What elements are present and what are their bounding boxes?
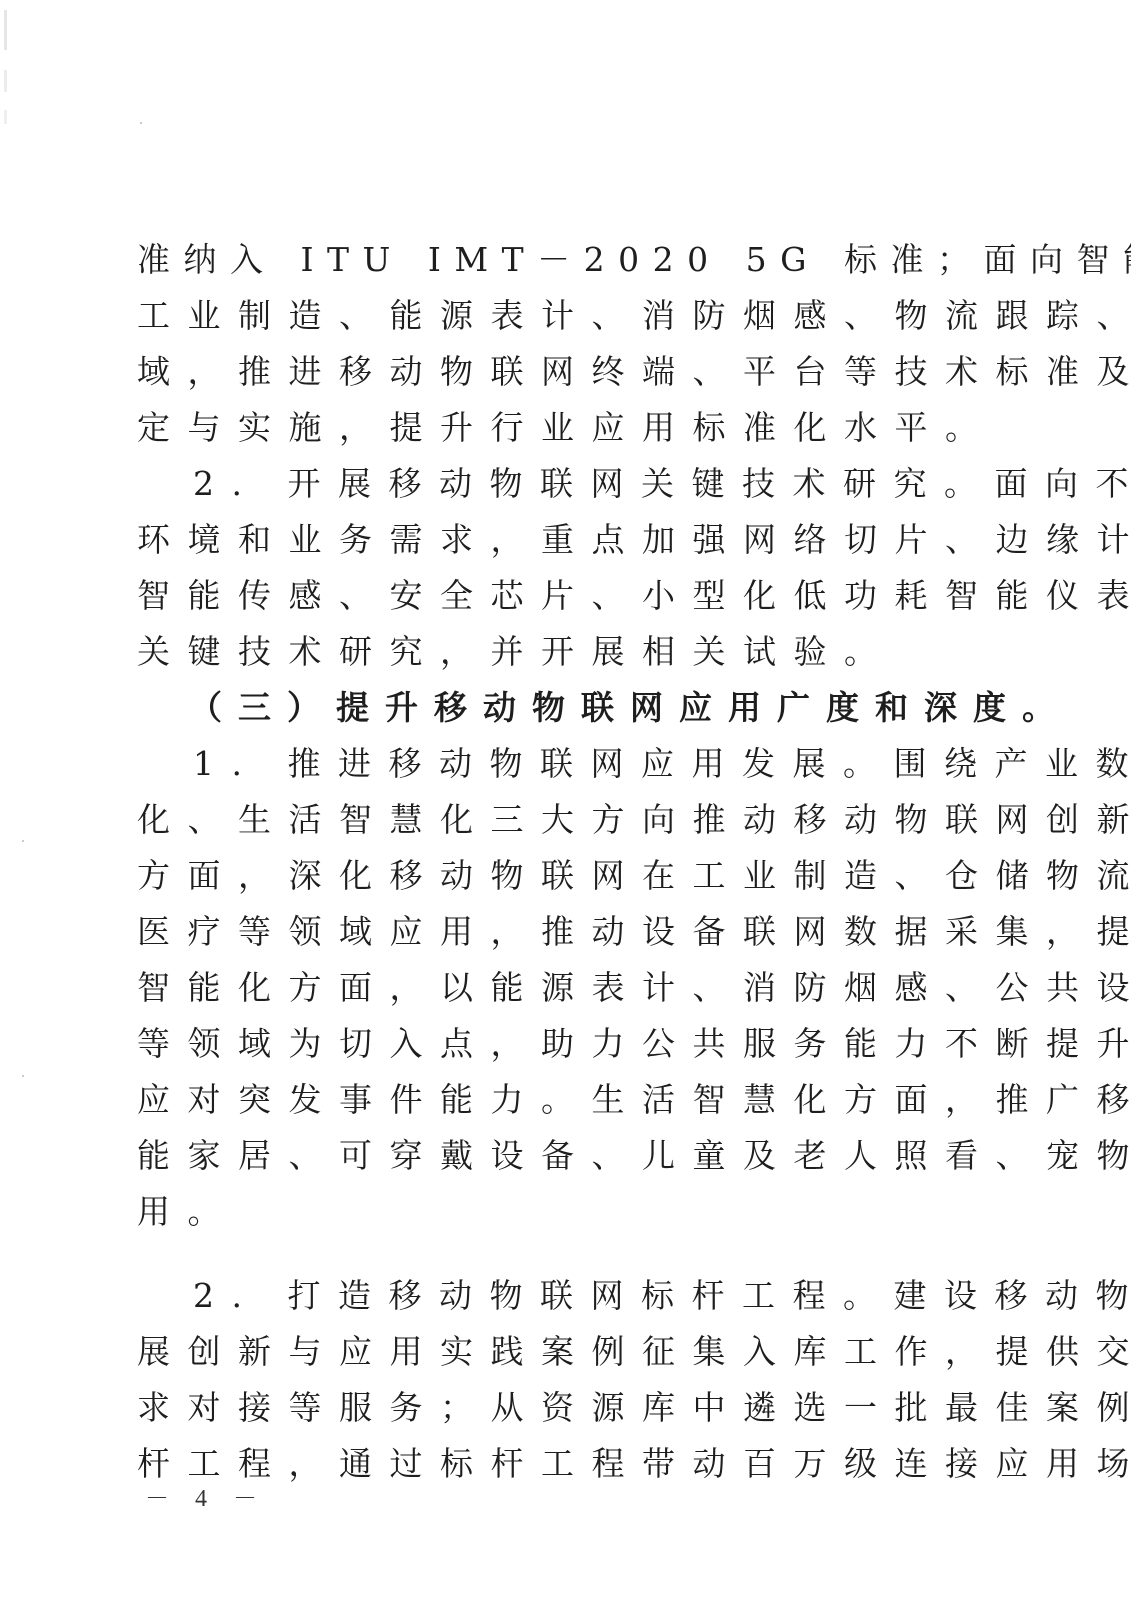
document-page: 准纳入 ITU IMT－2020 5G 标准；面向智能家居、智慧农业、 工业制造… — [0, 0, 1131, 1600]
text-line: 求对接等服务；从资源库中遴选一批最佳案例打造移动物联网标 — [137, 1380, 979, 1436]
text-line: 方面，深化移动物联网在工业制造、仓储物流、智慧农业、智慧 — [137, 848, 979, 904]
text-line: 医疗等领域应用，推动设备联网数据采集，提升生产效率。治理 — [137, 904, 979, 960]
text-line: 工业制造、能源表计、消防烟感、物流跟踪、金融支付等重点领 — [137, 288, 979, 344]
paragraph-gap — [137, 1240, 979, 1268]
text-line: 应对突发事件能力。生活智慧化方面，推广移动物联网技术在智 — [137, 1072, 979, 1128]
text-line: 1. 推进移动物联网应用发展。围绕产业数字化、治理智能 — [137, 736, 979, 792]
text-line: 2. 打造移动物联网标杆工程。建设移动物联网资源库，开 — [137, 1268, 979, 1324]
scan-artifact — [4, 110, 7, 124]
text-line: 智能化方面，以能源表计、消防烟感、公共设施管理、环保监测 — [137, 960, 979, 1016]
body-text: 准纳入 ITU IMT－2020 5G 标准；面向智能家居、智慧农业、 工业制造… — [137, 232, 979, 1492]
page-number: － 4 － — [145, 1478, 267, 1513]
paragraph-key-technology-research: 2. 开展移动物联网关键技术研究。面向不同垂直行业应用 环境和业务需求，重点加强… — [137, 456, 979, 680]
text-line: 域，推进移动物联网终端、平台等技术标准及互联互通标准的制 — [137, 344, 979, 400]
scan-speck — [140, 122, 142, 124]
text-line: 智能传感、安全芯片、小型化低功耗智能仪表、跨域协同等新兴 — [137, 568, 979, 624]
paragraph-benchmark-projects: 2. 打造移动物联网标杆工程。建设移动物联网资源库，开 展创新与应用实践案例征集… — [137, 1268, 979, 1492]
scan-speck — [22, 840, 24, 842]
scan-artifact — [4, 70, 7, 92]
text-line: 等领域为切入点，助力公共服务能力不断提升，增强城市韧性及 — [137, 1016, 979, 1072]
section-heading: （三）提升移动物联网应用广度和深度。 — [137, 680, 979, 736]
text-line: 展创新与应用实践案例征集入库工作，提供交流推广、投融资需 — [137, 1324, 979, 1380]
text-line: 环境和业务需求，重点加强网络切片、边缘计算、高精度定位、 — [137, 512, 979, 568]
text-line: 2. 开展移动物联网关键技术研究。面向不同垂直行业应用 — [137, 456, 979, 512]
scan-speck — [22, 1075, 24, 1077]
text-line: 用。 — [137, 1184, 979, 1240]
scan-artifact — [4, 10, 7, 50]
text-line: 定与实施，提升行业应用标准化水平。 — [137, 400, 979, 456]
paragraph-application-development: 1. 推进移动物联网应用发展。围绕产业数字化、治理智能 化、生活智慧化三大方向推… — [137, 736, 979, 1240]
text-line: 能家居、可穿戴设备、儿童及老人照看、宠物追踪等产品中的应 — [137, 1128, 979, 1184]
text-line: 准纳入 ITU IMT－2020 5G 标准；面向智能家居、智慧农业、 — [137, 232, 979, 288]
text-line: 关键技术研究，并开展相关试验。 — [137, 624, 979, 680]
section-heading-3: （三）提升移动物联网应用广度和深度。 — [137, 680, 979, 736]
paragraph-standards-continuation: 准纳入 ITU IMT－2020 5G 标准；面向智能家居、智慧农业、 工业制造… — [137, 232, 979, 456]
text-line: 化、生活智慧化三大方向推动移动物联网创新发展。产业数字化 — [137, 792, 979, 848]
